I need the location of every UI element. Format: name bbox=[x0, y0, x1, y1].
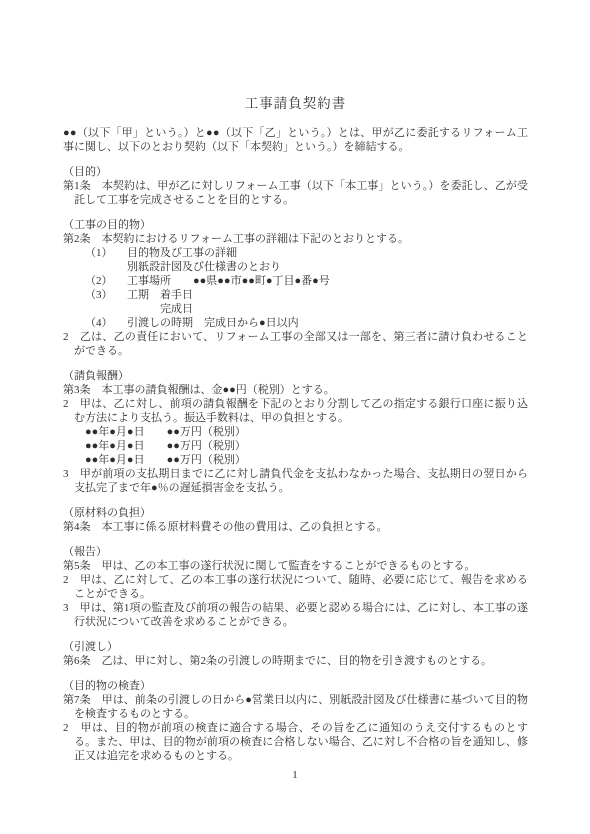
page-content: 工事請負契約書 ●●（以下「甲」という。）と●●（以下「乙」という。）とは、甲が… bbox=[0, 0, 590, 763]
payment-schedule-row: ●●年●月●日 ●●万円（税別） bbox=[63, 439, 528, 453]
clause-paragraph: 第4条 本工事に係る原材料費その他の費用は、乙の負担とする。 bbox=[63, 520, 528, 534]
clause-paragraph: 第2条 本契約におけるリフォーム工事の詳細は下記のとおりとする。 bbox=[63, 232, 528, 246]
clause-paragraph: 第7条 甲は、前条の引渡しの日から●営業日以内に、別紙設計図及び仕様書に基づいて… bbox=[63, 693, 528, 721]
clause-paragraph: 2 甲は、目的物が前項の検査に適合する場合、その旨を乙に通知のうえ交付するものと… bbox=[63, 721, 528, 763]
contract-section: （請負報酬）第3条 本工事の請負報酬は、金●●円（税別）とする。2 甲は、乙に対… bbox=[63, 369, 528, 495]
item-lines: 工期 着手日 完成日 bbox=[127, 288, 528, 316]
item-line: 引渡しの時期 完成日から●日以内 bbox=[127, 316, 528, 330]
clause-paragraph: 3 甲は、第1項の監査及び前項の報告の結果、必要と認める場合には、乙に対し、本工… bbox=[63, 601, 528, 629]
payment-schedule-row: ●●年●月●日 ●●万円（税別） bbox=[63, 425, 528, 439]
item-line: 工事場所 ●●県●●市●●町●丁目●番●号 bbox=[127, 274, 528, 288]
item-line: 工期 着手日 bbox=[127, 288, 528, 302]
contract-section: （原材料の負担）第4条 本工事に係る原材料費その他の費用は、乙の負担とする。 bbox=[63, 506, 528, 534]
clause-item: （4）引渡しの時期 完成日から●日以内 bbox=[63, 316, 528, 330]
clause-paragraph: 第6条 乙は、甲に対し、第2条の引渡しの時期までに、目的物を引き渡すものとする。 bbox=[63, 654, 528, 668]
clause-paragraph: 第1条 本契約は、甲が乙に対しリフォーム工事（以下「本工事」という。）を委託し、… bbox=[63, 179, 528, 207]
preamble-paragraph: ●●（以下「甲」という。）と●●（以下「乙」という。）とは、甲が乙に委託するリフ… bbox=[63, 126, 528, 154]
item-line: 完成日 bbox=[127, 302, 528, 316]
item-number: （3） bbox=[85, 288, 127, 316]
contract-section: （報告）第5条 甲は、乙の本工事の遂行状況に関して監査をすることができるものとす… bbox=[63, 545, 528, 629]
item-lines: 目的物及び工事の詳細別紙設計図及び仕様書のとおり bbox=[127, 246, 528, 274]
contract-section: （工事の目的物）第2条 本契約におけるリフォーム工事の詳細は下記のとおりとする。… bbox=[63, 218, 528, 358]
clause-paragraph: 2 甲は、乙に対して、乙の本工事の遂行状況について、随時、必要に応じて、報告を求… bbox=[63, 573, 528, 601]
clause-paragraph: 2 甲は、乙に対し、前項の請負報酬を下記のとおり分割して乙の指定する銀行口座に振… bbox=[63, 397, 528, 425]
clause-paragraph: 2 乙は、乙の責任において、リフォーム工事の全部又は一部を、第三者に請け負わせる… bbox=[63, 330, 528, 358]
item-lines: 工事場所 ●●県●●市●●町●丁目●番●号 bbox=[127, 274, 528, 288]
section-heading: （目的） bbox=[63, 165, 528, 179]
section-heading: （請負報酬） bbox=[63, 369, 528, 383]
document-title: 工事請負契約書 bbox=[63, 94, 528, 114]
clause-item: （3）工期 着手日 完成日 bbox=[63, 288, 528, 316]
item-line: 目的物及び工事の詳細 bbox=[127, 246, 528, 260]
item-lines: 引渡しの時期 完成日から●日以内 bbox=[127, 316, 528, 330]
contract-document-page: 工事請負契約書 ●●（以下「甲」という。）と●●（以下「乙」という。）とは、甲が… bbox=[0, 0, 590, 834]
page-number: 1 bbox=[0, 768, 590, 782]
clause-paragraph: 第5条 甲は、乙の本工事の遂行状況に関して監査をすることができるものとする。 bbox=[63, 559, 528, 573]
section-heading: （引渡し） bbox=[63, 640, 528, 654]
section-heading: （原材料の負担） bbox=[63, 506, 528, 520]
section-heading: （工事の目的物） bbox=[63, 218, 528, 232]
contract-section: （目的物の検査）第7条 甲は、前条の引渡しの日から●営業日以内に、別紙設計図及び… bbox=[63, 679, 528, 763]
item-line: 別紙設計図及び仕様書のとおり bbox=[127, 260, 528, 274]
clause-paragraph: 第3条 本工事の請負報酬は、金●●円（税別）とする。 bbox=[63, 383, 528, 397]
section-heading: （目的物の検査） bbox=[63, 679, 528, 693]
contract-section: （目的）第1条 本契約は、甲が乙に対しリフォーム工事（以下「本工事」という。）を… bbox=[63, 165, 528, 207]
clause-paragraph: 3 甲が前項の支払期日までに乙に対し請負代金を支払わなかった場合、支払期日の翌日… bbox=[63, 467, 528, 495]
contract-section: （引渡し）第6条 乙は、甲に対し、第2条の引渡しの時期までに、目的物を引き渡すも… bbox=[63, 640, 528, 668]
section-heading: （報告） bbox=[63, 545, 528, 559]
clause-item: （1）目的物及び工事の詳細別紙設計図及び仕様書のとおり bbox=[63, 246, 528, 274]
payment-schedule-row: ●●年●月●日 ●●万円（税別） bbox=[63, 453, 528, 467]
clause-item: （2）工事場所 ●●県●●市●●町●丁目●番●号 bbox=[63, 274, 528, 288]
sections-container: （目的）第1条 本契約は、甲が乙に対しリフォーム工事（以下「本工事」という。）を… bbox=[63, 165, 528, 763]
item-number: （4） bbox=[85, 316, 127, 330]
item-number: （2） bbox=[85, 274, 127, 288]
item-number: （1） bbox=[85, 246, 127, 274]
